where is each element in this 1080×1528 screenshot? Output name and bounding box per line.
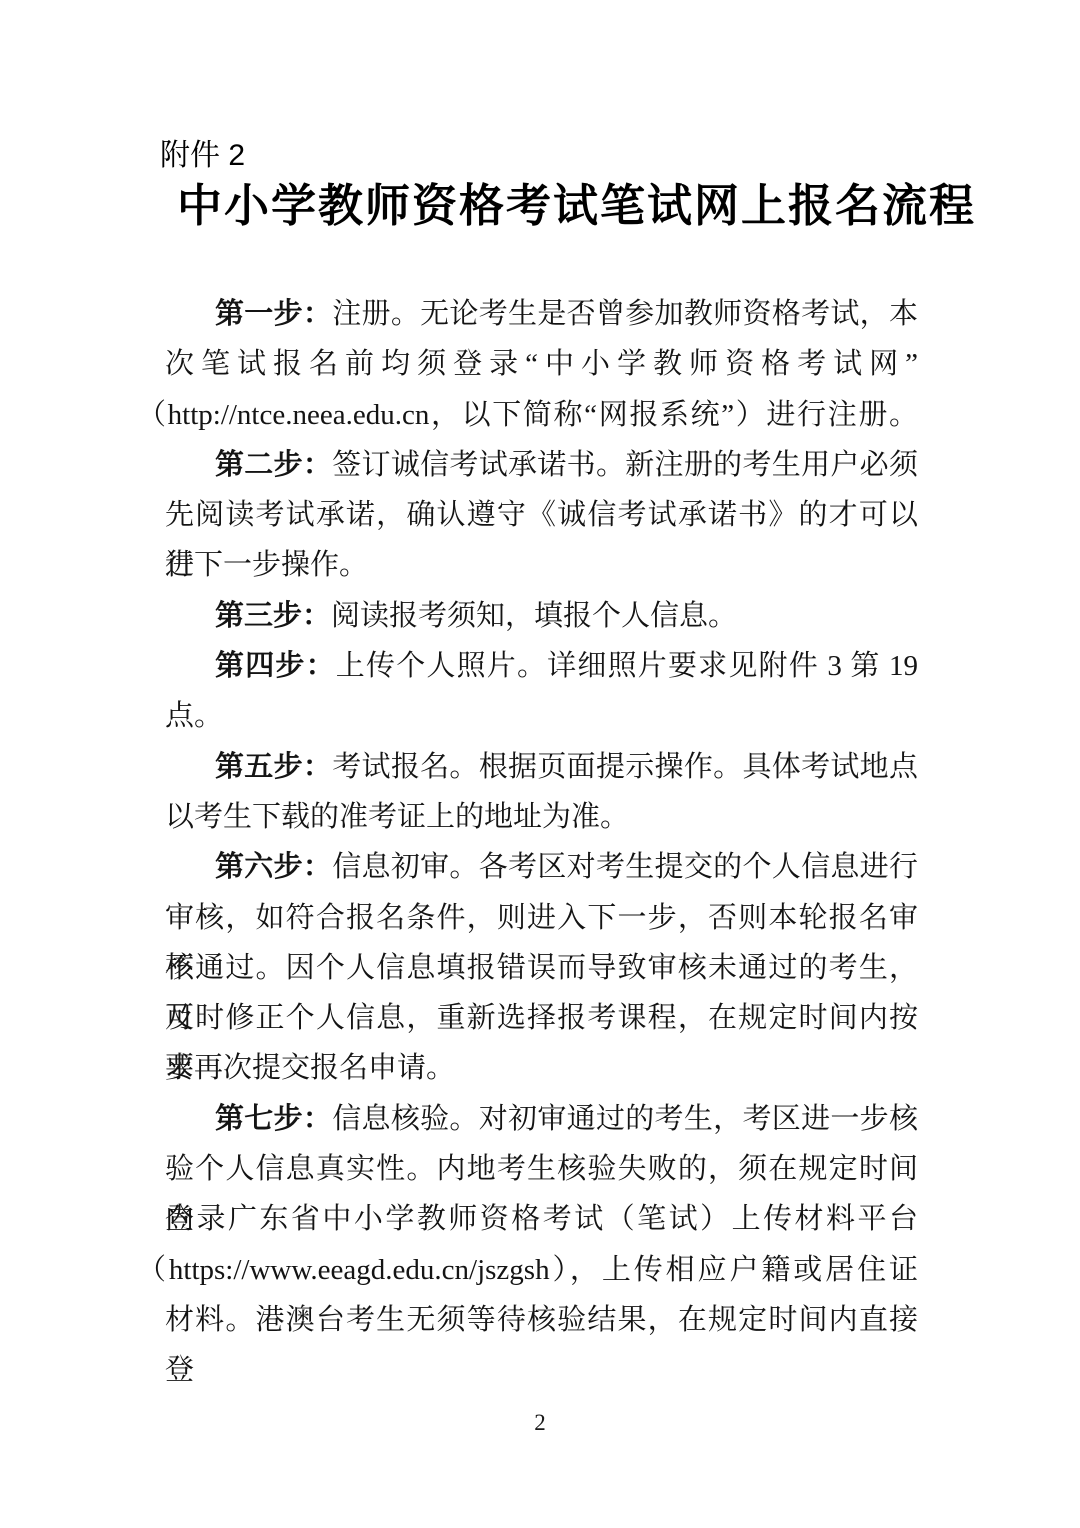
page-number: 2 <box>0 1408 1080 1438</box>
paragraph: 第一步：注册。无论考生是否曾参加教师资格考试，本次笔试报名前均须登录“中小学教师… <box>165 289 918 440</box>
text-line: 以考生下载的准考证上的地址为准。 <box>165 792 918 842</box>
text-line: 第七步：信息核验。对初审通过的考生，考区进一步核 <box>165 1094 918 1144</box>
text-line: 第三步：阅读报考须知，填报个人信息。 <box>165 591 918 641</box>
document-page: 附件 2 中小学教师资格考试笔试网上报名流程 第一步：注册。无论考生是否曾参加教… <box>0 0 1080 1528</box>
text-line: 第五步：考试报名。根据页面提示操作。具体考试地点 <box>165 742 918 792</box>
text-line: 验个人信息真实性。内地考生核验失败的，须在规定时间内 <box>165 1144 918 1194</box>
paragraph: 第七步：信息核验。对初审通过的考生，考区进一步核验个人信息真实性。内地考生核验失… <box>165 1094 918 1345</box>
step-label: 第二步： <box>215 449 332 481</box>
text-line: 第六步：信息初审。各考区对考生提交的个人信息进行 <box>165 842 918 892</box>
text-line: 审核，如符合报名条件，则进入下一步，否则本轮报名审核 <box>165 893 918 943</box>
step-label: 第七步： <box>215 1103 332 1135</box>
step-label: 第四步： <box>215 650 336 682</box>
text-line: 第四步：上传个人照片。详细照片要求见附件 3 第 19 <box>165 641 918 691</box>
text-line: （https://www.eeagd.edu.cn/jszgsh），上传相应户籍… <box>137 1245 918 1295</box>
step-label: 第三步： <box>215 600 331 632</box>
text-line: 材料。港澳台考生无须等待核验结果，在规定时间内直接登 <box>165 1295 918 1345</box>
text-line: 先阅读考试承诺，确认遵守《诚信考试承诺书》的才可以进 <box>165 490 918 540</box>
attachment-label: 附件 2 <box>160 136 245 176</box>
document-body: 第一步：注册。无论考生是否曾参加教师资格考试，本次笔试报名前均须登录“中小学教师… <box>165 289 918 1345</box>
text-line: 行下一步操作。 <box>165 540 918 590</box>
text-line: 登录广东省中小学教师资格考试（笔试）上传材料平台 <box>165 1194 918 1244</box>
paragraph: 第三步：阅读报考须知，填报个人信息。 <box>165 591 918 641</box>
step-label: 第六步： <box>215 851 332 883</box>
paragraph: 第四步：上传个人照片。详细照片要求见附件 3 第 19点。 <box>165 641 918 742</box>
paragraph: 第六步：信息初审。各考区对考生提交的个人信息进行审核，如符合报名条件，则进入下一… <box>165 842 918 1093</box>
step-label: 第一步： <box>215 298 332 330</box>
text-line: 及时修正个人信息，重新选择报考课程，在规定时间内按要 <box>165 993 918 1043</box>
text-line: 不通过。因个人信息填报错误而导致审核未通过的考生，可 <box>165 943 918 993</box>
paragraph: 第五步：考试报名。根据页面提示操作。具体考试地点以考生下载的准考证上的地址为准。 <box>165 742 918 843</box>
step-label: 第五步： <box>215 751 332 783</box>
text-line: （http://ntce.neea.edu.cn，以下简称“网报系统”）进行注册… <box>137 390 918 440</box>
paragraph: 第二步：签订诚信考试承诺书。新注册的考生用户必须先阅读考试承诺，确认遵守《诚信考… <box>165 440 918 591</box>
page-title: 中小学教师资格考试笔试网上报名流程 <box>165 180 918 232</box>
text-line: 点。 <box>165 691 918 741</box>
text-line: 次笔试报名前均须登录“中小学教师资格考试网” <box>165 339 918 389</box>
text-line: 求再次提交报名申请。 <box>165 1043 918 1093</box>
text-line: 第二步：签订诚信考试承诺书。新注册的考生用户必须 <box>165 440 918 490</box>
text-line: 第一步：注册。无论考生是否曾参加教师资格考试，本 <box>165 289 918 339</box>
